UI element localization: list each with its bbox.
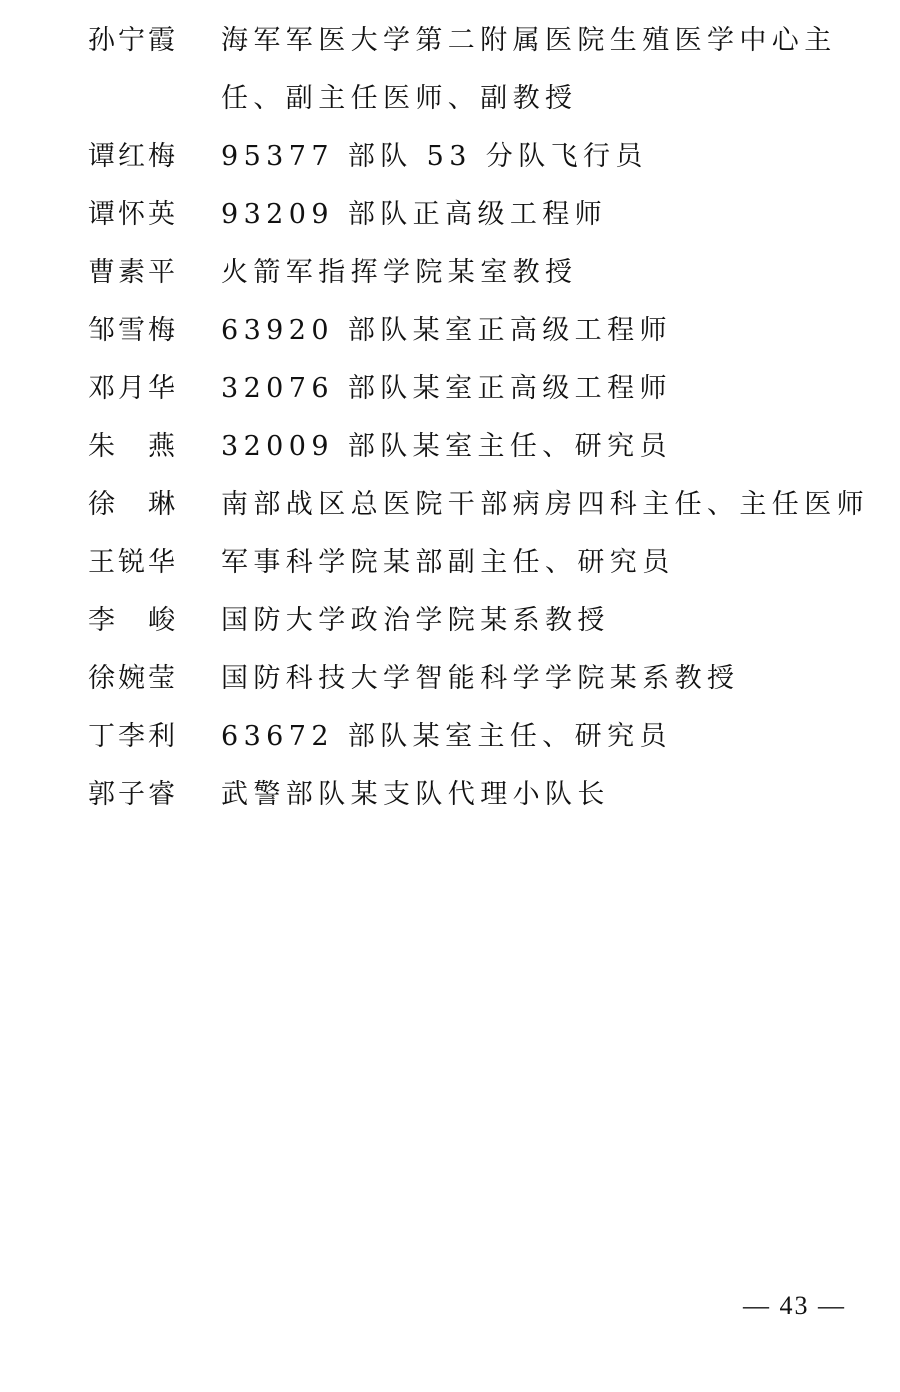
person-description: 63920 部队某室正高级工程师 (221, 302, 883, 360)
person-name: 曹素平 (88, 244, 221, 302)
person-description: 国防科技大学智能科学学院某系教授 (221, 650, 883, 708)
person-description: 63672 部队某室主任、研究员 (221, 708, 883, 766)
person-name: 丁李利 (88, 708, 221, 766)
person-name: 谭怀英 (88, 186, 221, 244)
list-item: 孙宁霞 海军军医大学第二附属医院生殖医学中心主任、副主任医师、副教授 (88, 12, 888, 128)
list-item: 曹素平 火箭军指挥学院某室教授 (88, 244, 888, 302)
person-name: 孙宁霞 (88, 12, 221, 70)
document-page: 孙宁霞 海军军医大学第二附属医院生殖医学中心主任、副主任医师、副教授 谭红梅 9… (0, 0, 900, 1392)
list-item: 邓月华 32076 部队某室正高级工程师 (88, 360, 888, 418)
list-item: 郭子睿 武警部队某支队代理小队长 (88, 766, 888, 824)
person-name: 王锐华 (88, 534, 221, 592)
person-description: 32009 部队某室主任、研究员 (221, 418, 883, 476)
person-name: 郭子睿 (88, 766, 221, 824)
person-description: 武警部队某支队代理小队长 (221, 766, 883, 824)
list-item: 谭怀英 93209 部队正高级工程师 (88, 186, 888, 244)
person-description: 95377 部队 53 分队飞行员 (221, 128, 883, 186)
person-name: 徐 琳 (88, 476, 221, 534)
list-item: 徐 琳 南部战区总医院干部病房四科主任、主任医师 (88, 476, 888, 534)
list-item: 徐婉莹 国防科技大学智能科学学院某系教授 (88, 650, 888, 708)
list-item: 朱 燕 32009 部队某室主任、研究员 (88, 418, 888, 476)
person-name: 邓月华 (88, 360, 221, 418)
person-description: 93209 部队正高级工程师 (221, 186, 883, 244)
list-item: 丁李利 63672 部队某室主任、研究员 (88, 708, 888, 766)
person-description: 南部战区总医院干部病房四科主任、主任医师 (221, 476, 883, 534)
person-description: 军事科学院某部副主任、研究员 (221, 534, 883, 592)
person-description: 国防大学政治学院某系教授 (221, 592, 883, 650)
person-name: 朱 燕 (88, 418, 221, 476)
person-name: 邹雪梅 (88, 302, 221, 360)
list-item: 李 峻 国防大学政治学院某系教授 (88, 592, 888, 650)
person-description: 海军军医大学第二附属医院生殖医学中心主任、副主任医师、副教授 (221, 12, 883, 128)
list-item: 邹雪梅 63920 部队某室正高级工程师 (88, 302, 888, 360)
person-description: 32076 部队某室正高级工程师 (221, 360, 883, 418)
list-item: 谭红梅 95377 部队 53 分队飞行员 (88, 128, 888, 186)
page-number: — 43 — (743, 1290, 846, 1322)
person-name: 李 峻 (88, 592, 221, 650)
person-description: 火箭军指挥学院某室教授 (221, 244, 883, 302)
honoree-list: 孙宁霞 海军军医大学第二附属医院生殖医学中心主任、副主任医师、副教授 谭红梅 9… (88, 12, 888, 824)
person-name: 徐婉莹 (88, 650, 221, 708)
list-item: 王锐华 军事科学院某部副主任、研究员 (88, 534, 888, 592)
person-name: 谭红梅 (88, 128, 221, 186)
